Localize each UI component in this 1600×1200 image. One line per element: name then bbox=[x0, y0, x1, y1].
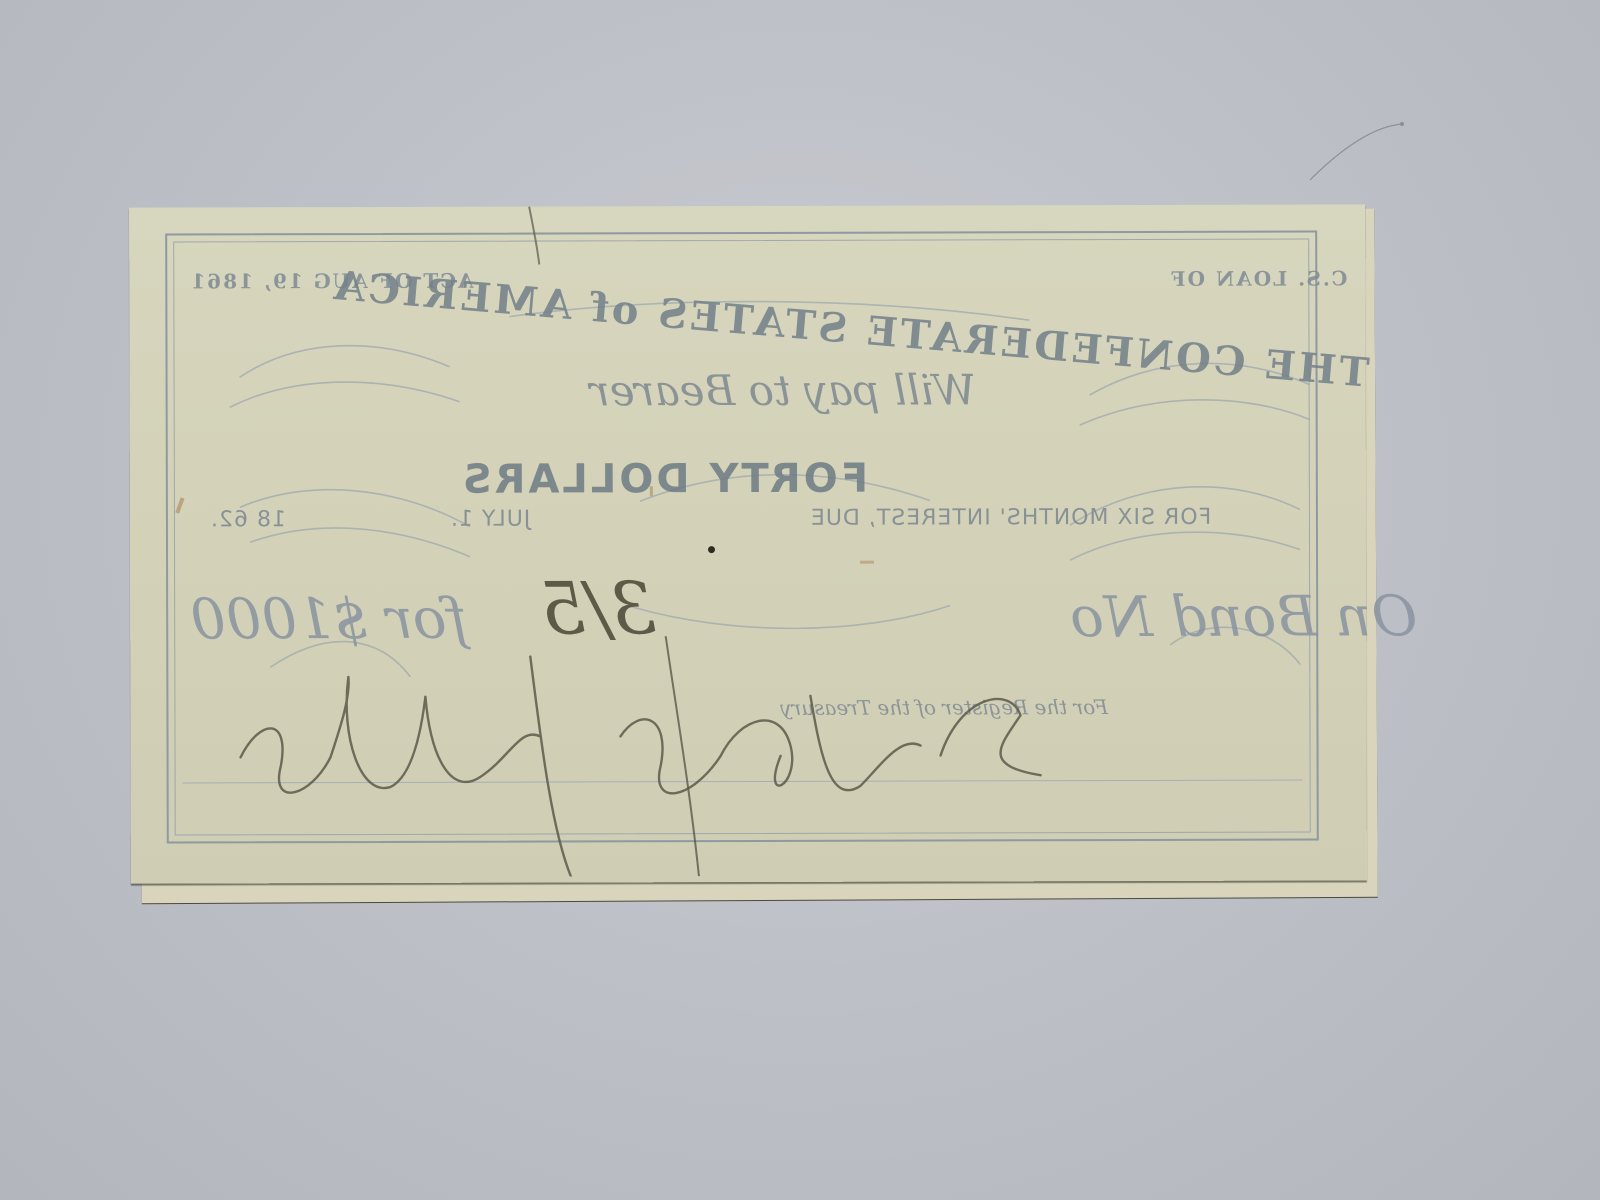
pencil-mark bbox=[509, 206, 569, 266]
loose-fiber bbox=[1290, 120, 1410, 200]
handwritten-signature bbox=[220, 635, 1081, 877]
loan-header-text: C.S. LOAN OF bbox=[1169, 266, 1347, 290]
fiber-speck bbox=[650, 486, 653, 496]
amount-text: FORTY DOLLARS bbox=[460, 456, 868, 503]
coupon-amount: FORTY DOLLARS bbox=[460, 456, 868, 503]
bond-line-text: On Bond No bbox=[1070, 584, 1417, 650]
due-date-text: JULY 1. bbox=[450, 507, 530, 532]
promise-text: Will pay to Bearer bbox=[590, 365, 977, 415]
promise-line: Will pay to Bearer bbox=[590, 365, 977, 415]
loan-header: C.S. LOAN OF bbox=[1169, 266, 1347, 290]
interest-text: FOR SIX MONTHS' INTEREST, DUE bbox=[810, 505, 1211, 531]
bond-coupon: C.S. LOAN OF ACT OF AUG 19, 1861 THE CON… bbox=[130, 200, 1376, 900]
coupon-paper: C.S. LOAN OF ACT OF AUG 19, 1861 THE CON… bbox=[129, 204, 1367, 883]
ink-speck bbox=[708, 546, 715, 553]
fiber-speck bbox=[860, 561, 874, 564]
due-year-text: 18 62. bbox=[210, 507, 286, 532]
